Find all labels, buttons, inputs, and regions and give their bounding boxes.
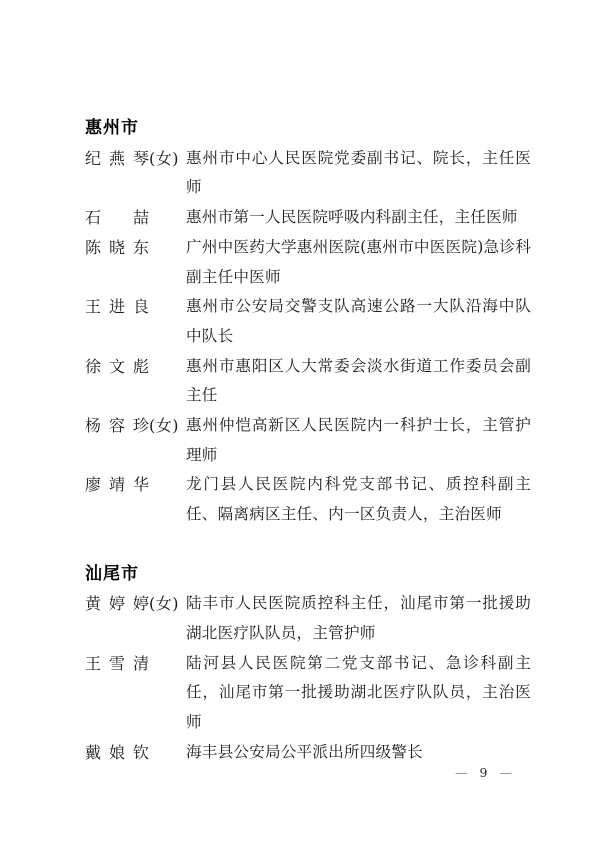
- entry-row: 王进良 惠州市公安局交警支队高速公路一大队沿海中队中队长: [85, 292, 531, 351]
- section-shanwei: 汕尾市 黄婷婷(女) 陆丰市人民医院质控科主任，汕尾市第一批援助湖北医疗队队员，…: [85, 560, 531, 768]
- entry-description: 陆河县人民医院第二党支部书记、急诊科副主任，汕尾市第一批援助湖北医疗队队员，主治…: [186, 649, 531, 738]
- entry-row: 杨容珍(女) 惠州仲恺高新区人民医院内一科护士长，主管护理师: [85, 411, 531, 470]
- footer-dash-right: —: [500, 765, 513, 780]
- entry-row: 戴娘钦 海丰县公安局公平派出所四级警长: [85, 738, 531, 768]
- entry-name-cell: 黄婷婷(女): [85, 589, 186, 619]
- entry-name: 杨容珍: [85, 411, 149, 441]
- entry-name: 徐文彪: [85, 352, 149, 382]
- entry-row: 王雪清 陆河县人民医院第二党支部书记、急诊科副主任，汕尾市第一批援助湖北医疗队队…: [85, 649, 531, 738]
- entry-name-suffix: (女): [149, 594, 179, 613]
- entry-row: 纪燕琴(女) 惠州市中心人民医院党委副书记、院长，主任医师: [85, 144, 531, 203]
- page-content: 惠州市 纪燕琴(女) 惠州市中心人民医院党委副书记、院长，主任医师 石喆 惠州市…: [85, 114, 531, 767]
- entry-description: 惠州市公安局交警支队高速公路一大队沿海中队中队长: [186, 292, 531, 351]
- document-page: 惠州市 纪燕琴(女) 惠州市中心人民医院党委副书记、院长，主任医师 石喆 惠州市…: [0, 0, 612, 859]
- section-title-huizhou: 惠州市: [85, 114, 531, 144]
- entry-description: 陆丰市人民医院质控科主任，汕尾市第一批援助湖北医疗队队员，主管护师: [186, 589, 531, 648]
- entry-description: 龙门县人民医院内科党支部书记、质控科副主任、隔离病区主任、内一区负责人，主治医师: [186, 470, 531, 529]
- entry-row: 陈晓东 广州中医药大学惠州医院(惠州市中医医院)急诊科副主任中医师: [85, 233, 531, 292]
- entry-name-cell: 戴娘钦: [85, 738, 186, 768]
- entry-name-cell: 王进良: [85, 292, 186, 322]
- entry-name-cell: 陈晓东: [85, 233, 186, 263]
- entry-name-cell: 杨容珍(女): [85, 411, 186, 441]
- entry-row: 石喆 惠州市第一人民医院呼吸内科副主任，主任医师: [85, 203, 531, 233]
- entry-name: 廖靖华: [85, 470, 149, 500]
- entry-name: 纪燕琴: [85, 144, 149, 174]
- page-footer: —9—: [0, 764, 512, 782]
- footer-dash-left: —: [455, 765, 468, 780]
- entry-name-cell: 纪燕琴(女): [85, 144, 186, 174]
- section-huizhou: 惠州市 纪燕琴(女) 惠州市中心人民医院党委副书记、院长，主任医师 石喆 惠州市…: [85, 114, 531, 530]
- entry-description: 广州中医药大学惠州医院(惠州市中医医院)急诊科副主任中医师: [186, 233, 531, 292]
- entry-name-suffix: (女): [149, 416, 179, 435]
- page-number: 9: [480, 764, 488, 782]
- entry-description: 惠州市第一人民医院呼吸内科副主任，主任医师: [186, 203, 531, 233]
- section-title-shanwei: 汕尾市: [85, 560, 531, 590]
- entry-name: 陈晓东: [85, 233, 149, 263]
- entry-name: 石喆: [85, 203, 149, 233]
- entry-name-cell: 徐文彪: [85, 352, 186, 382]
- entry-name: 黄婷婷: [85, 589, 149, 619]
- entry-description: 海丰县公安局公平派出所四级警长: [186, 738, 531, 768]
- entry-row: 黄婷婷(女) 陆丰市人民医院质控科主任，汕尾市第一批援助湖北医疗队队员，主管护师: [85, 589, 531, 648]
- entry-name-cell: 王雪清: [85, 649, 186, 679]
- entry-name-cell: 廖靖华: [85, 470, 186, 500]
- entry-row: 徐文彪 惠州市惠阳区人大常委会淡水街道工作委员会副主任: [85, 352, 531, 411]
- entry-name: 王雪清: [85, 649, 149, 679]
- entry-name: 王进良: [85, 292, 149, 322]
- entry-name-suffix: (女): [149, 149, 179, 168]
- entry-name: 戴娘钦: [85, 738, 149, 768]
- entry-row: 廖靖华 龙门县人民医院内科党支部书记、质控科副主任、隔离病区主任、内一区负责人，…: [85, 470, 531, 529]
- entry-description: 惠州仲恺高新区人民医院内一科护士长，主管护理师: [186, 411, 531, 470]
- entry-description: 惠州市惠阳区人大常委会淡水街道工作委员会副主任: [186, 352, 531, 411]
- entry-name-cell: 石喆: [85, 203, 186, 233]
- entry-description: 惠州市中心人民医院党委副书记、院长，主任医师: [186, 144, 531, 203]
